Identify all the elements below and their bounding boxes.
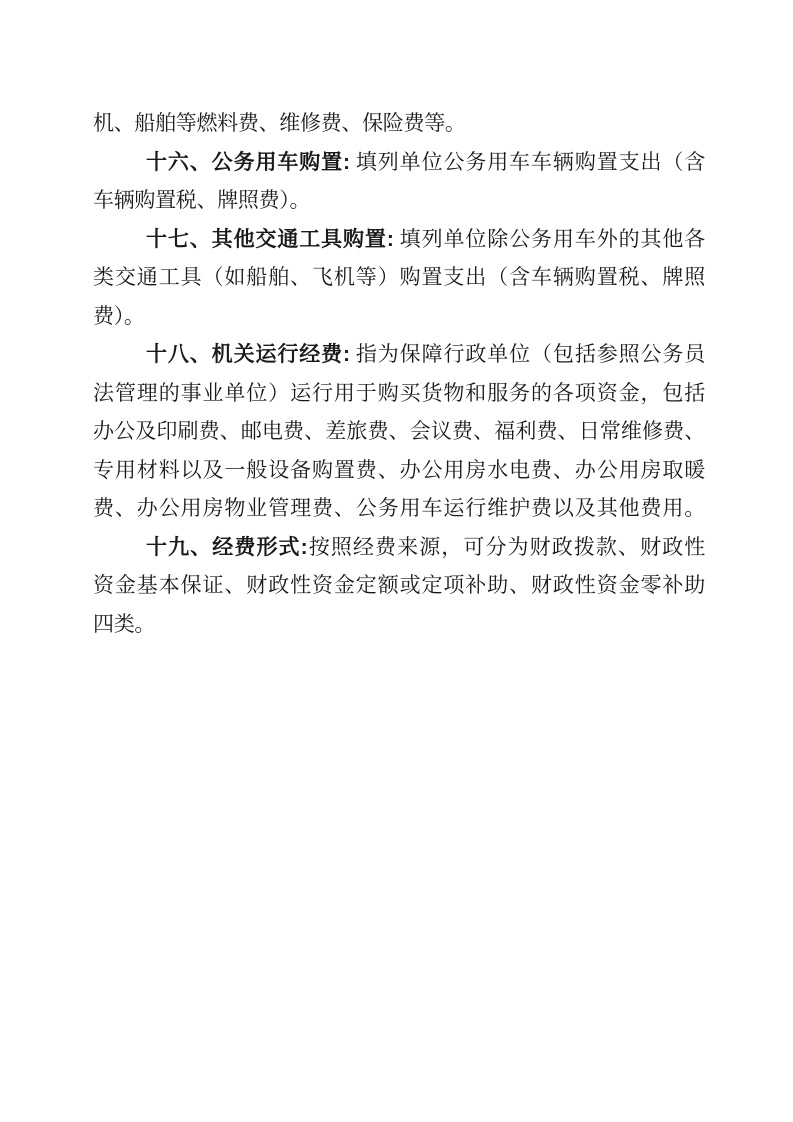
text-line: 办公及印刷费、邮电费、差旅费、会议费、福利费、日常维修费、 [93,412,705,451]
text-line: 十六、公务用车购置: 填列单位公务用车车辆购置支出（含 [93,143,705,182]
line-text: 办公及印刷费、邮电费、差旅费、会议费、福利费、日常维修费、 [93,419,705,443]
line-text: 机、船舶等燃料费、维修费、保险费等。 [93,111,466,135]
text-line: 车辆购置税、牌照费）。 [93,181,705,220]
line-text: 车辆购置税、牌照费）。 [93,188,310,212]
line-text: 按照经费来源，可分为财政拨款、财政性 [307,535,705,559]
paragraph-heading: 十八、机关运行经费: [146,343,350,366]
line-text: 填列单位除公务用车外的其他各 [394,227,705,251]
text-line: 法管理的事业单位）运行用于购买货物和服务的各项资金，包括 [93,374,705,413]
text-line: 十八、机关运行经费: 指为保障行政单位（包括参照公务员 [93,335,705,374]
line-text: 填列单位公务用车车辆购置支出（含 [350,150,705,174]
text-line: 四类。 [93,605,705,644]
text-line: 机、船舶等燃料费、维修费、保险费等。 [93,104,705,143]
text-line: 专用材料以及一般设备购置费、办公用房水电费、办公用房取暖 [93,451,705,490]
paragraph-heading: 十七、其他交通工具购置: [146,228,394,251]
text-line: 十七、其他交通工具购置: 填列单位除公务用车外的其他各 [93,220,705,259]
paragraph-heading: 十九、经费形式: [146,536,307,559]
document-page: 机、船舶等燃料费、维修费、保险费等。 十六、公务用车购置: 填列单位公务用车车辆… [0,0,793,1122]
text-line: 资金基本保证、财政性资金定额或定项补助、财政性资金零补助 [93,566,705,605]
paragraph-heading: 十六、公务用车购置: [146,151,350,174]
line-text: 四类。 [93,612,155,636]
line-text: 法管理的事业单位）运行用于购买货物和服务的各项资金，包括 [93,381,705,405]
text-line: 费）。 [93,297,705,336]
line-text: 专用材料以及一般设备购置费、办公用房水电费、办公用房取暖 [93,458,705,482]
text-line: 费、办公用房物业管理费、公务用车运行维护费以及其他费用。 [93,489,705,528]
line-text: 指为保障行政单位（包括参照公务员 [350,342,705,366]
text-line: 类交通工具（如船舶、飞机等）购置支出（含车辆购置税、牌照 [93,258,705,297]
line-text: 费、办公用房物业管理费、公务用车运行维护费以及其他费用。 [93,496,705,520]
line-text: 资金基本保证、财政性资金定额或定项补助、财政性资金零补助 [93,573,705,597]
text-line: 十九、经费形式:按照经费来源，可分为财政拨款、财政性 [93,528,705,567]
line-text: 费）。 [93,304,145,328]
line-text: 类交通工具（如船舶、飞机等）购置支出（含车辆购置税、牌照 [93,265,705,289]
